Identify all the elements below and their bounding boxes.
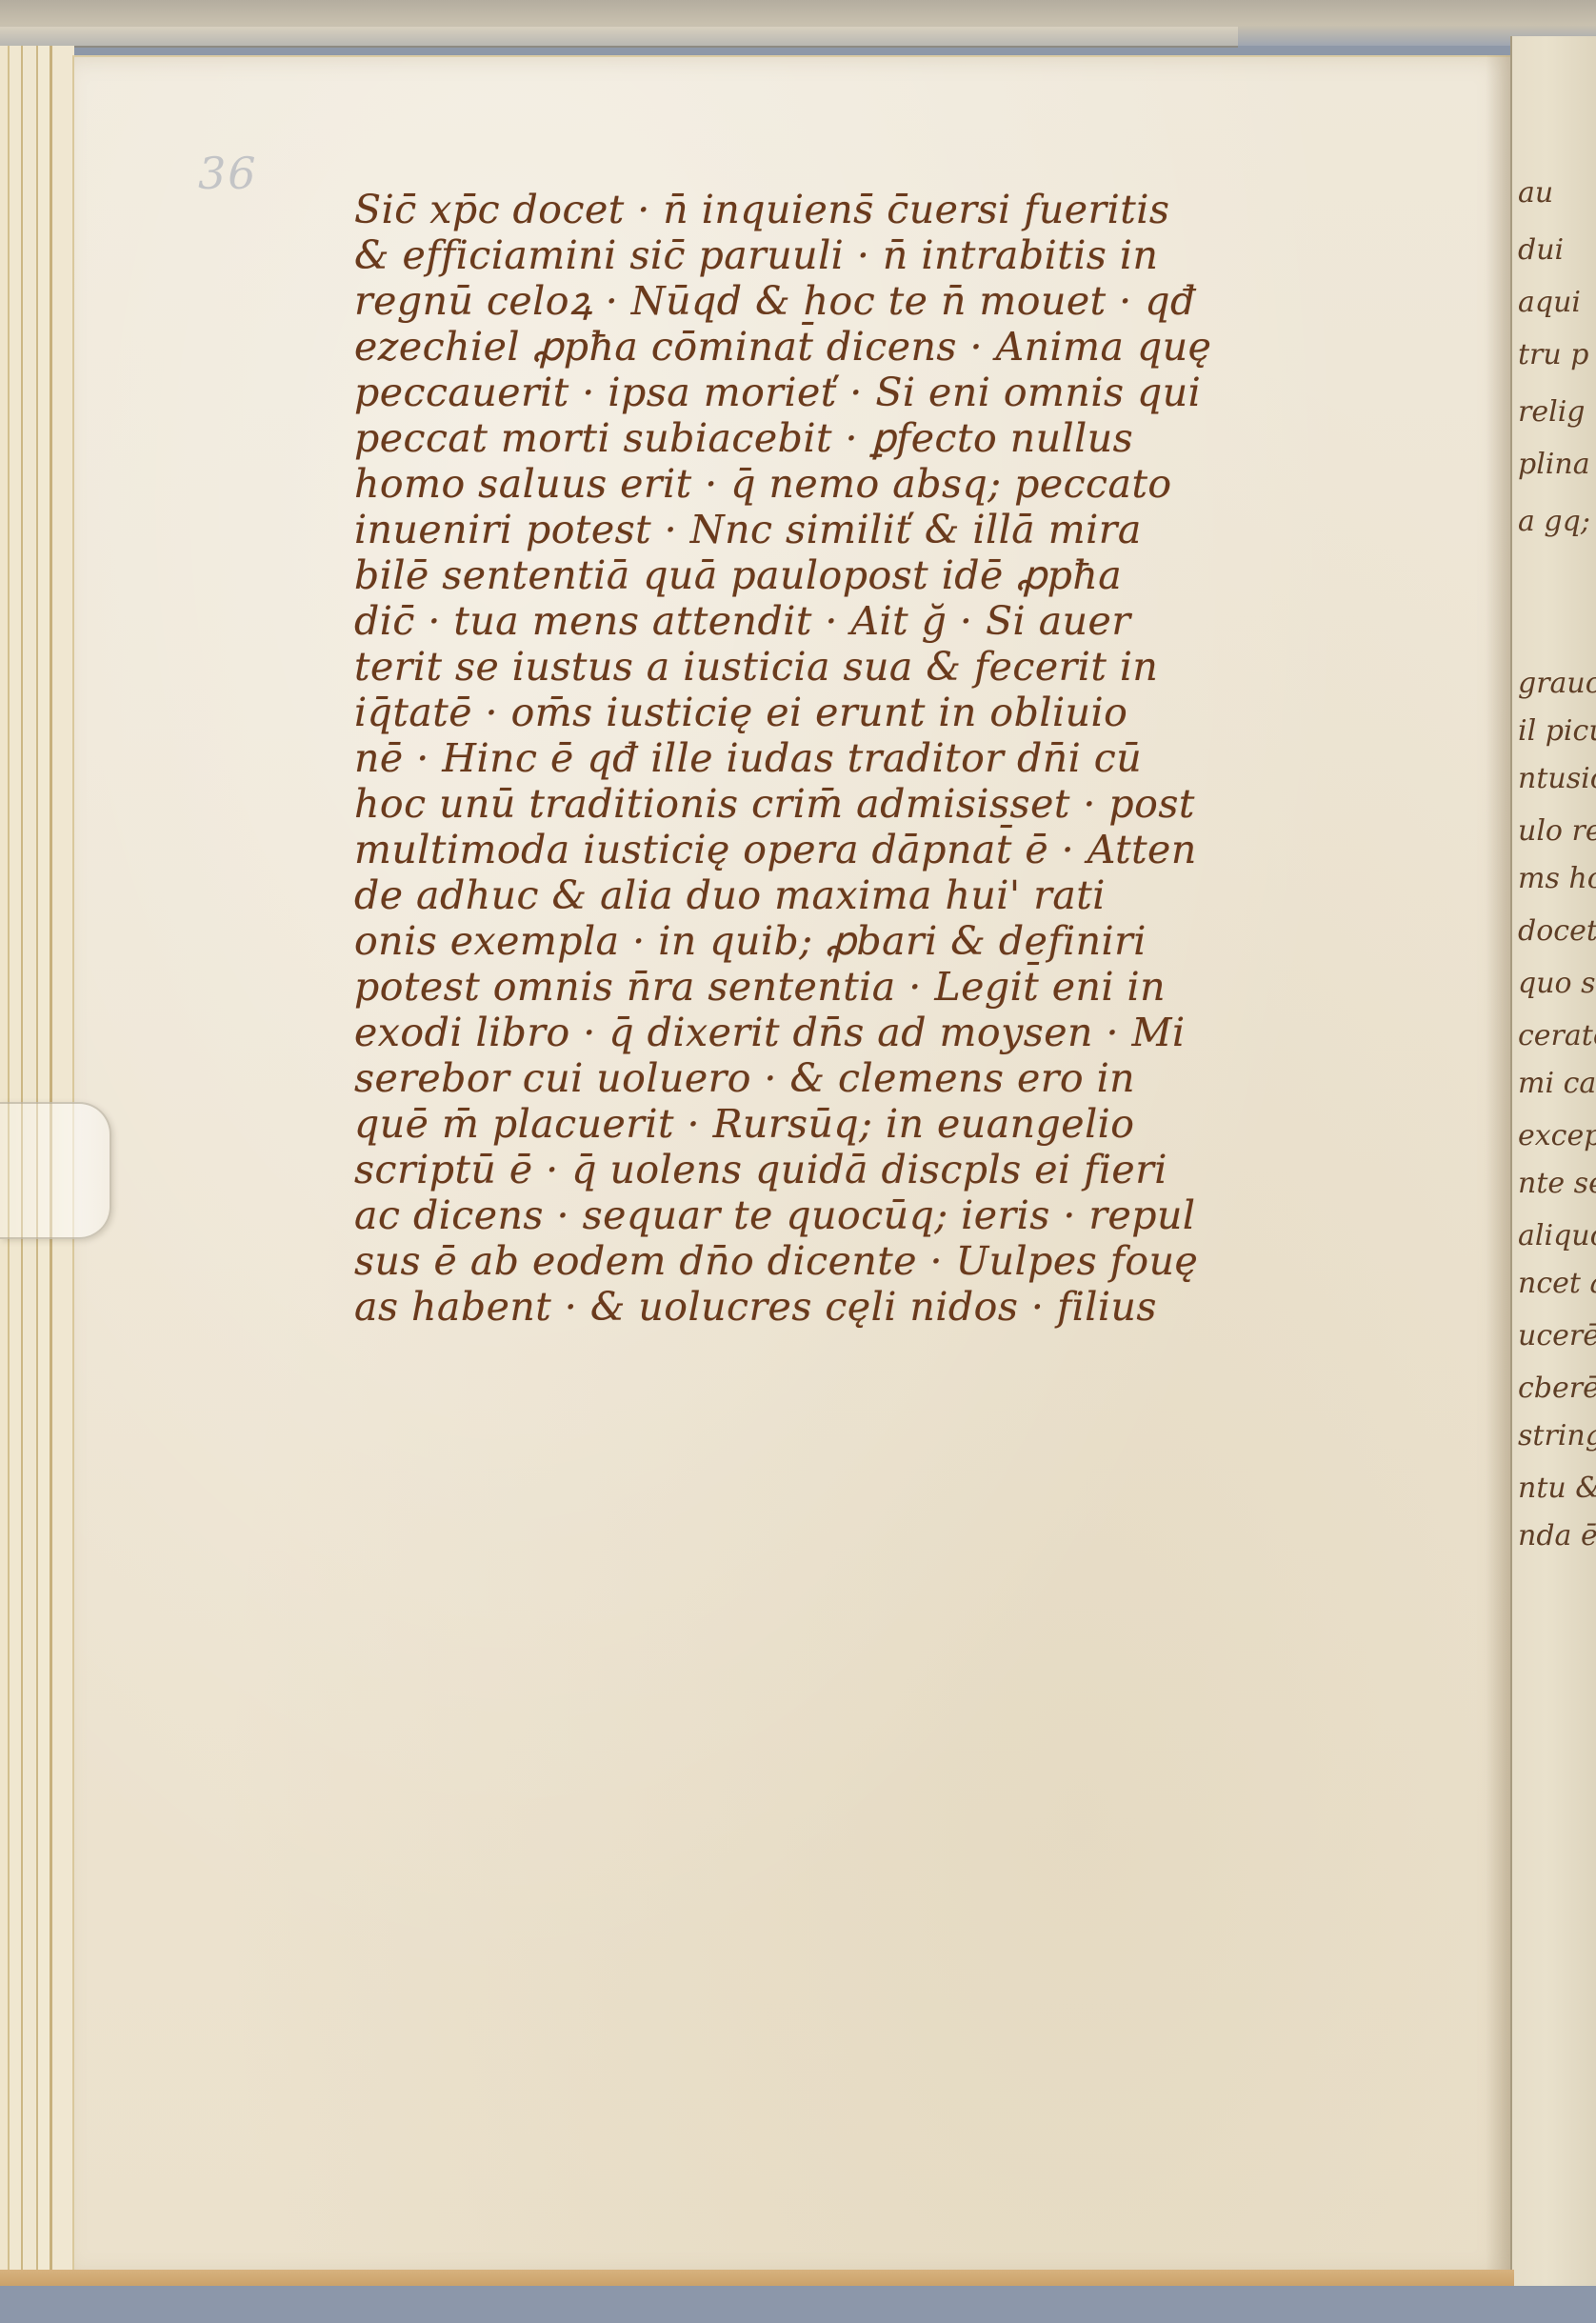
cover-edge-top <box>0 27 1238 48</box>
adjacent-text-fragment: tru p <box>1518 338 1588 371</box>
text-line: serebor cui uoluero · & clemens ero in <box>354 1055 1449 1101</box>
text-line: regnū celoꝝ · Nūqd & hoc te n̄ mouet · q… <box>354 278 1449 324</box>
text-line: & efficiamini sic̄ paruuli · n̄ intrabit… <box>354 232 1449 278</box>
manuscript-text-block: Sic̄ xp̄c docet · n̄ inquiens̄ c̄uersi f… <box>354 187 1449 1330</box>
text-line: homo saluus erit · q̄ nemo absq; peccato <box>354 461 1449 507</box>
folio-number-faint: 36 <box>198 148 258 199</box>
text-line: exodi libro · q̄ dixerit dn̄s ad moysen … <box>354 1010 1449 1055</box>
adjacent-text-fragment: mi cadiu <box>1518 1067 1596 1100</box>
adjacent-text-fragment: ulo re <box>1518 814 1596 848</box>
text-line: ac dicens · sequar te quocūq; ieris · re… <box>354 1192 1449 1238</box>
adjacent-text-fragment: ntu & dif <box>1518 1472 1596 1505</box>
adjacent-text-fragment: stringere <box>1518 1419 1596 1452</box>
text-line: quē m̄ placuerit · Rursūq; in euangelio <box>354 1101 1449 1147</box>
adjacent-text-fragment: excepestu <box>1518 1119 1596 1152</box>
adjacent-text-fragment: cberē · q̄si <box>1518 1372 1596 1405</box>
text-line: sus ē ab eodem dn̄o dicente · Uulpes fou… <box>354 1238 1449 1284</box>
adjacent-text-fragment: aqui <box>1518 286 1581 319</box>
text-line: ezechiel ꝓpħa cōminat̄ dicens · Anima qu… <box>354 324 1449 370</box>
adjacent-text-fragment: plina <box>1518 448 1590 481</box>
text-line: scriptū ē · q̄ uolens quidā discpls ei f… <box>354 1147 1449 1192</box>
text-line: potest omnis n̄ra sententia · Legit̄ eni… <box>354 964 1449 1010</box>
adjacent-folio-edge: auduiaquitru preligplinaa gq;graucil pic… <box>1510 36 1596 2323</box>
text-line: peccat morti subiacebit · ꝑfecto nullus <box>354 415 1449 461</box>
adjacent-text-fragment: il picu <box>1518 714 1596 748</box>
text-line: inueniri potest · Nnc similiť & illā mir… <box>354 507 1449 552</box>
adjacent-text-fragment: ms hon <box>1518 862 1596 895</box>
text-line: dic̄ · tua mens attendit · Ait ğ · Si au… <box>354 598 1449 644</box>
text-line: multimoda iusticię opera dāpnat̄ ē · Att… <box>354 827 1449 872</box>
text-line: peccauerit · ipsa morieť · Si eni omnis … <box>354 370 1449 415</box>
adjacent-text-fragment: ntusion <box>1518 762 1596 795</box>
text-line: nē · Hinc ē qđ ille iudas traditor dn̄i … <box>354 735 1449 781</box>
text-line: Sic̄ xp̄c docet · n̄ inquiens̄ c̄uersi f… <box>354 187 1449 232</box>
text-line: iq̄tatē · om̄s iusticię ei erunt in obli… <box>354 690 1449 735</box>
adjacent-text-fragment: au <box>1518 176 1553 210</box>
text-line: terit se iustus a iusticia sua & fecerit… <box>354 644 1449 690</box>
text-line: hoc unū traditionis crim̄ admisisset · p… <box>354 781 1449 827</box>
adjacent-text-fragment: relig <box>1518 395 1586 429</box>
adjacent-text-fragment: aliquot <box>1518 1219 1596 1252</box>
adjacent-text-fragment: quo sign <box>1518 967 1596 1000</box>
adjacent-text-fragment: ceratę · <box>1518 1019 1596 1052</box>
text-line: onis exempla · in quib; ꝓbari & definiri <box>354 918 1449 964</box>
adjacent-text-fragment: docet u <box>1518 914 1596 948</box>
page-holder-clip <box>0 1102 111 1239</box>
adjacent-text-fragment: nda ē adh <box>1518 1519 1596 1552</box>
adjacent-text-fragment: grauc <box>1518 667 1596 700</box>
text-line: de adhuc & alia duo maxima hui' rati <box>354 872 1449 918</box>
background-bottom <box>0 2286 1596 2323</box>
adjacent-text-fragment: ncet admo <box>1518 1267 1596 1300</box>
adjacent-text-fragment: nte sentire <box>1518 1167 1596 1200</box>
text-line: bilē sententiā quā paulopost idē ꝓpħa <box>354 552 1449 598</box>
adjacent-text-fragment: ucerē · cū <box>1518 1319 1596 1352</box>
text-line: as habent · & uolucres cęli nidos · fili… <box>354 1284 1449 1330</box>
adjacent-text-fragment: a gq; <box>1518 505 1590 538</box>
adjacent-text-fragment: dui <box>1518 233 1564 267</box>
